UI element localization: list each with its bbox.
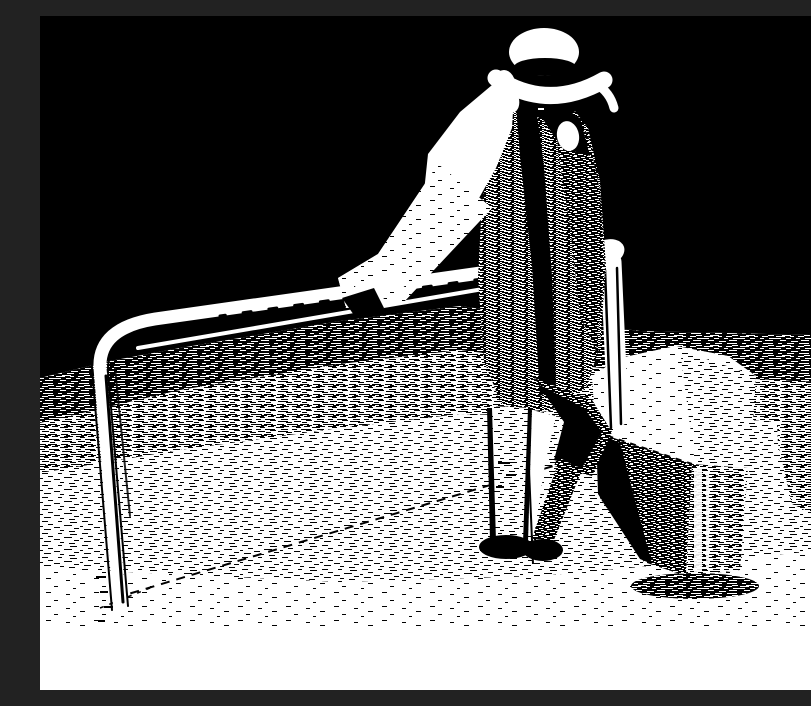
hat-band (514, 58, 576, 76)
photo: 1-bit threshold halftone dither High-con… (40, 16, 811, 690)
suitcase-shadow (631, 573, 759, 599)
suitcase-side-highlight-2 (706, 471, 709, 569)
suitcase-side-highlight (694, 468, 702, 572)
hat-brim-left (492, 70, 516, 106)
photo-canvas: High-contrast 1-bit dithered black-and-w… (40, 16, 811, 690)
right-shoe (523, 539, 563, 561)
